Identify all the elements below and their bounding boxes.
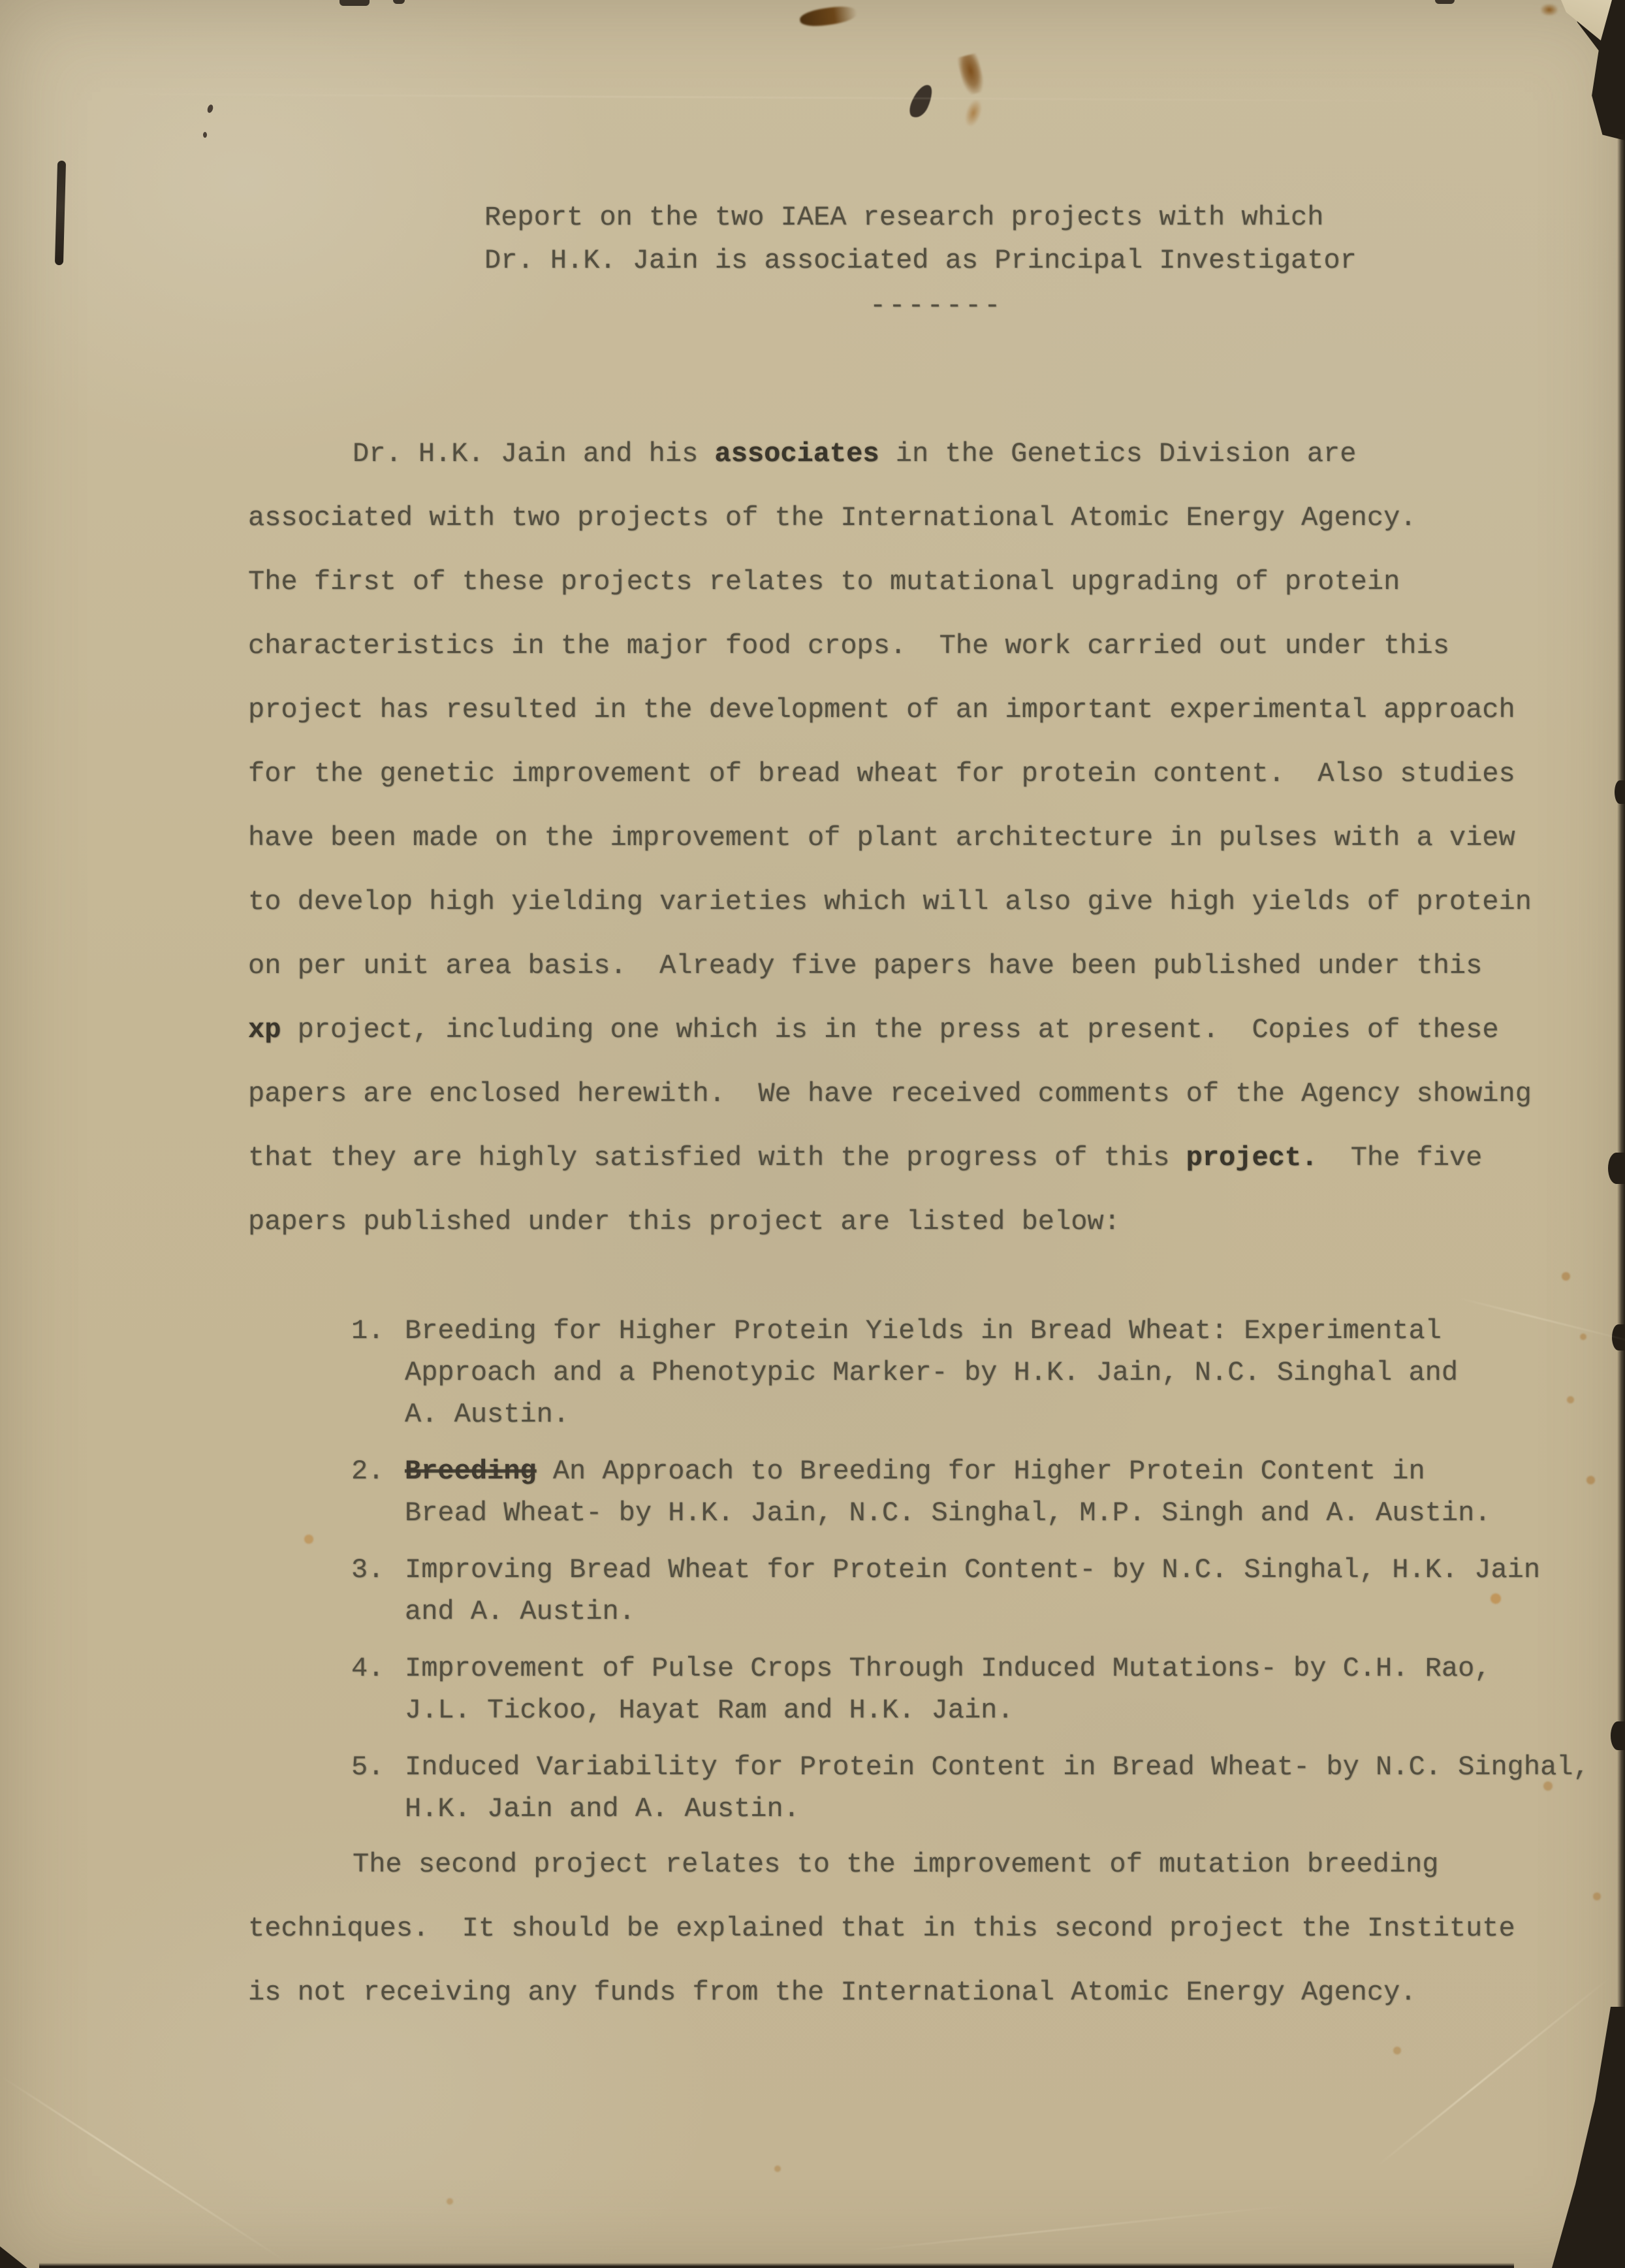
list-item-number: 2. — [351, 1450, 384, 1492]
ink-speck — [206, 104, 214, 114]
list-item-line: A. Austin. — [405, 1394, 1590, 1435]
list-item: 2. Breeding An Approach to Breeding for … — [351, 1450, 1590, 1534]
foxing-spot — [1562, 1272, 1570, 1281]
body-line: that they are highly satisfied with the … — [248, 1126, 1580, 1190]
foxing-spot — [1586, 1476, 1595, 1484]
title-line-2: Dr. H.K. Jain is associated as Principal… — [484, 239, 1357, 282]
list-item-text: An Approach to Breeding for Higher Prote… — [537, 1456, 1425, 1487]
body-line: is not receiving any funds from the Inte… — [248, 1960, 1580, 2024]
list-item-line: J.L. Tickoo, Hayat Ram and H.K. Jain. — [405, 1689, 1590, 1731]
list-item-number: 3. — [351, 1549, 384, 1591]
list-item-line: H.K. Jain and A. Austin. — [405, 1788, 1590, 1830]
foxing-spot — [304, 1535, 313, 1544]
page-edge-bottom — [39, 2263, 1514, 2268]
list-item: 5. Induced Variability for Protein Conte… — [351, 1746, 1590, 1830]
body-text: Dr. H.K. Jain and his — [353, 438, 715, 470]
foxing-spot — [1543, 1781, 1553, 1791]
ink-blot — [906, 82, 936, 121]
body-text: in the Genetics Division are — [879, 438, 1357, 470]
list-item-line: Breeding for Higher Protein Yields in Br… — [405, 1310, 1590, 1352]
paper-crease — [850, 2203, 1304, 2252]
body-text: that they are highly satisfied with the … — [248, 1142, 1186, 1174]
edge-tear — [1611, 1721, 1625, 1750]
ink-speck — [203, 132, 207, 138]
body-line: on per unit area basis. Already five pap… — [248, 934, 1580, 998]
body-text-bold: project. — [1186, 1142, 1318, 1174]
list-item: 3. Improving Bread Wheat for Protein Con… — [351, 1549, 1590, 1633]
body-line: associated with two projects of the Inte… — [248, 486, 1580, 550]
body-line: papers are enclosed herewith. We have re… — [248, 1062, 1580, 1126]
body-line: The first of these projects relates to m… — [248, 550, 1580, 614]
edge-speck — [1435, 0, 1455, 4]
body-line: xp project, including one which is in th… — [248, 998, 1580, 1062]
body-line: papers published under this project are … — [248, 1190, 1580, 1254]
body-line: have been made on the improvement of pla… — [248, 806, 1580, 870]
foxing-spot — [1393, 2047, 1401, 2054]
rust-stain — [962, 98, 985, 129]
list-item-line: Bread Wheat- by H.K. Jain, N.C. Singhal,… — [405, 1492, 1590, 1534]
paragraph-2: The second project relates to the improv… — [248, 1832, 1580, 2024]
ink-mark-left-margin — [55, 161, 66, 265]
body-text: The five — [1317, 1142, 1482, 1174]
edge-speck — [339, 0, 370, 6]
foxing-spot — [1580, 1334, 1586, 1340]
title-separator: ------- — [870, 286, 1003, 325]
list-item-number: 1. — [351, 1310, 384, 1352]
rust-stain — [956, 53, 986, 96]
body-text-bold: associates — [715, 438, 879, 470]
rust-stain — [1541, 4, 1558, 16]
body-line: techniques. It should be explained that … — [248, 1896, 1580, 1960]
edge-speck — [393, 0, 405, 4]
scanned-document-page: Report on the two IAEA research projects… — [0, 0, 1625, 2268]
list-item-line: and A. Austin. — [405, 1591, 1590, 1633]
edge-tear — [1608, 1153, 1625, 1184]
list-item-line: Improvement of Pulse Crops Through Induc… — [405, 1648, 1590, 1689]
body-text: project, including one which is in the p… — [281, 1014, 1498, 1046]
list-item: 1. Breeding for Higher Protein Yields in… — [351, 1310, 1590, 1435]
title-line-1: Report on the two IAEA research projects… — [484, 196, 1357, 239]
foxing-spot — [1593, 1893, 1601, 1900]
paper-crease — [1, 2076, 287, 2263]
foxing-spot — [447, 2198, 453, 2205]
foxing-spot — [1567, 1396, 1574, 1403]
list-item: 4. Improvement of Pulse Crops Through In… — [351, 1648, 1590, 1731]
list-item-line: Induced Variability for Protein Content … — [405, 1746, 1590, 1788]
body-line: project has resulted in the development … — [248, 678, 1580, 742]
list-item-line: Improving Bread Wheat for Protein Conten… — [405, 1549, 1590, 1591]
body-line: characteristics in the major food crops.… — [248, 614, 1580, 678]
body-line: for the genetic improvement of bread whe… — [248, 742, 1580, 806]
list-item-line: Approach and a Phenotypic Marker- by H.K… — [405, 1352, 1590, 1394]
publication-list: 1. Breeding for Higher Protein Yields in… — [351, 1310, 1590, 1845]
struck-word: Breeding — [405, 1456, 537, 1487]
typo-overstrike: xp — [248, 1014, 281, 1046]
rust-stain — [799, 4, 859, 29]
body-line: The second project relates to the improv… — [248, 1832, 1580, 1896]
body-line: Dr. H.K. Jain and his associates in the … — [248, 422, 1580, 486]
document-title: Report on the two IAEA research projects… — [484, 196, 1357, 282]
list-item-number: 5. — [351, 1746, 384, 1788]
body-line: to develop high yielding varieties which… — [248, 870, 1580, 934]
list-item-number: 4. — [351, 1648, 384, 1689]
foxing-spot — [1491, 1593, 1501, 1604]
paper-crease — [65, 93, 1502, 103]
paragraph-1: Dr. H.K. Jain and his associates in the … — [248, 422, 1580, 1254]
edge-tear — [1615, 780, 1625, 804]
list-item-line: Breeding An Approach to Breeding for Hig… — [405, 1450, 1590, 1492]
dark-corner-bottom-right — [1494, 2007, 1625, 2268]
foxing-spot — [774, 2165, 781, 2172]
